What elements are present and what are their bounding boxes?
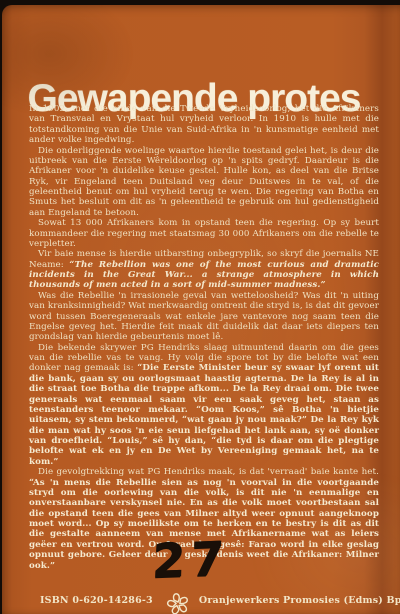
pentagon-knot-icon bbox=[163, 589, 193, 614]
blurb-paragraph: Was die Rebellie 'n irrasionele geval va… bbox=[29, 291, 379, 343]
publisher-name: Oranjewerkers Promosies (Edms) Bpk bbox=[199, 595, 400, 606]
blurb-text: In 1902, met die einde van die Tweede Vr… bbox=[29, 104, 379, 571]
blurb-paragraph: Die onderliggende woelinge waartoe hierd… bbox=[29, 146, 379, 219]
footer-row: ISBN 0-620-14286-3 Oranjewerkers Promosi… bbox=[40, 585, 390, 614]
isbn-text: ISBN 0-620-14286-3 bbox=[40, 595, 153, 606]
book-back-cover: Gewapende protes In 1902, met die einde … bbox=[2, 5, 400, 614]
blurb-paragraph: Die bekende skrywer PG Hendriks slaag ui… bbox=[29, 343, 379, 468]
blurb-paragraph: Vir baie mense is hierdie uitbarsting on… bbox=[29, 249, 379, 291]
handwritten-number: 27 bbox=[151, 532, 230, 590]
blurb-paragraph: Sowat 13 000 Afrikaners kom in opstand t… bbox=[29, 218, 379, 249]
blurb-paragraph: In 1902, met die einde van die Tweede Vr… bbox=[29, 104, 379, 146]
